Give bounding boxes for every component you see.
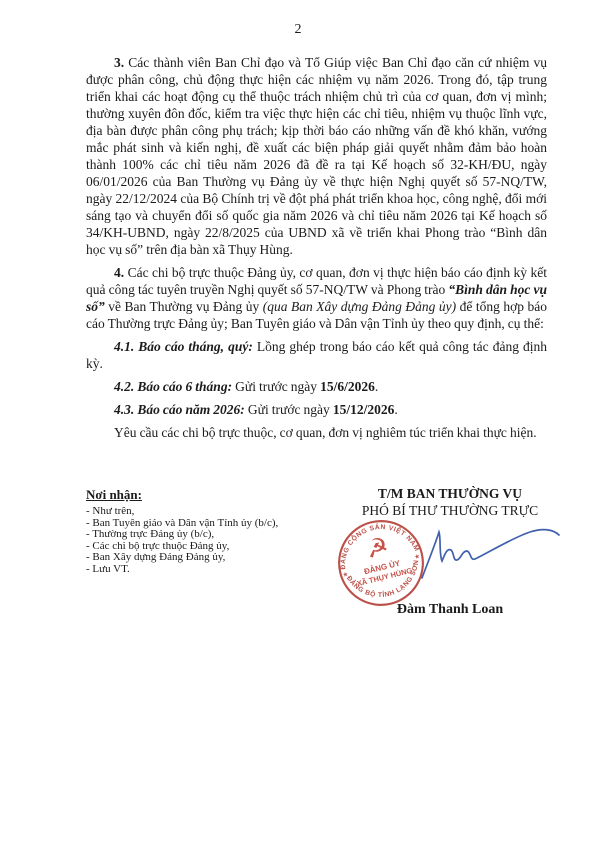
deadline-date-1: 15/6/2026 bbox=[320, 379, 375, 394]
paragraph-4: 4. Các chi bộ trực thuộc Đảng ủy, cơ qua… bbox=[86, 264, 547, 332]
recipient-item: - Ban Xây dựng Đảng Đảng ủy, bbox=[86, 552, 336, 564]
paragraph-3-number: 3. bbox=[114, 55, 124, 70]
recipient-item: - Thường trực Đảng ủy (b/c), bbox=[86, 529, 336, 541]
document-page: 2 3. Các thành viên Ban Chỉ đạo và Tổ Gi… bbox=[0, 0, 596, 842]
signature-path bbox=[422, 530, 559, 578]
recipients-label: Nơi nhận: bbox=[86, 487, 336, 503]
paragraph-4-1: 4.1. Báo cáo tháng, quý: Lồng ghép trong… bbox=[86, 338, 547, 372]
signature-stroke bbox=[412, 524, 562, 582]
closing-paragraph: Yêu cầu các chi bộ trực thuộc, cơ quan, … bbox=[86, 424, 547, 441]
via-note: (qua Ban Xây dựng Đảng Đảng ủy) bbox=[263, 299, 456, 314]
recipients-block: Nơi nhận: - Như trên, - Ban Tuyên giáo v… bbox=[86, 487, 336, 575]
paragraph-4-3-end: . bbox=[394, 402, 397, 417]
paragraph-4-2-end: . bbox=[375, 379, 378, 394]
recipient-item: - Lưu VT. bbox=[86, 564, 336, 576]
paragraph-4-1-label: 4.1. Báo cáo tháng, quý: bbox=[114, 339, 253, 354]
paragraph-4-3-text: Gửi trước ngày bbox=[245, 402, 333, 417]
paragraph-3-text: Các thành viên Ban Chỉ đạo và Tổ Giúp vi… bbox=[86, 55, 547, 257]
paragraph-4-2: 4.2. Báo cáo 6 tháng: Gửi trước ngày 15/… bbox=[86, 378, 547, 395]
signer-organization: T/M BAN THƯỜNG VỤ bbox=[330, 486, 570, 502]
deadline-date-2: 15/12/2026 bbox=[333, 402, 395, 417]
star-icon: ★ bbox=[342, 571, 349, 579]
paragraph-4-2-label: 4.2. Báo cáo 6 tháng: bbox=[114, 379, 232, 394]
document-body: 3. Các thành viên Ban Chỉ đạo và Tổ Giúp… bbox=[86, 54, 547, 447]
paragraph-4-2-text: Gửi trước ngày bbox=[232, 379, 320, 394]
paragraph-4-3-label: 4.3. Báo cáo năm 2026: bbox=[114, 402, 245, 417]
paragraph-4-number: 4. bbox=[114, 265, 124, 280]
page-number: 2 bbox=[0, 22, 596, 38]
signer-name: Đàm Thanh Loan bbox=[330, 602, 570, 618]
paragraph-4-3: 4.3. Báo cáo năm 2026: Gửi trước ngày 15… bbox=[86, 401, 547, 418]
hammer-sickle-icon: ☭ bbox=[363, 533, 391, 565]
paragraph-4-text-2: về Ban Thường vụ Đảng ủy bbox=[105, 299, 263, 314]
paragraph-3: 3. Các thành viên Ban Chỉ đạo và Tổ Giúp… bbox=[86, 54, 547, 258]
recipient-item: - Như trên, bbox=[86, 506, 336, 518]
